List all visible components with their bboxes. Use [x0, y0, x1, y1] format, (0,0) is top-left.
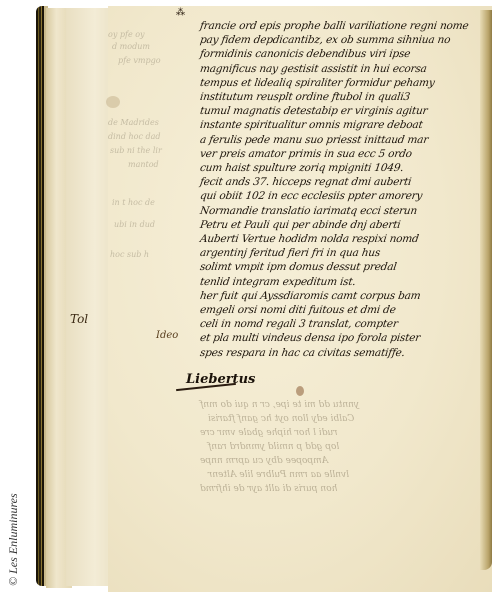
ghost-margin-line: de Madrides: [108, 118, 159, 127]
leaf-edge-right: [480, 10, 492, 570]
manuscript-line: spes respara in hac ca civitas sematiffe…: [199, 347, 405, 359]
manuscript-line: formidinis canonicis debendibus viri ips…: [199, 48, 411, 60]
ghost-margin-line: ubi in dud: [114, 220, 155, 229]
show-through-line: lvnlle aa rmn Pulbre lile Altenr: [208, 470, 349, 480]
ghost-margin-line: pfe vmpgo: [118, 56, 161, 65]
show-through-line: rudi l hor hiphe gbale vmr cre: [200, 428, 338, 438]
manuscript-line: ver preis amator primis in sua ecc 5 ord…: [199, 148, 412, 160]
manuscript-line: a ferulis pede manu suo priesst inittaud…: [199, 134, 429, 146]
signature: Liebertus: [186, 372, 255, 387]
ghost-margin-line: dind hoc dad: [108, 132, 161, 141]
manuscript-line: francie ord epis prophe balli variliatio…: [199, 20, 469, 32]
ghost-margin-line: in t hoc de: [112, 198, 155, 207]
ghost-margin-line: mantod: [128, 160, 159, 169]
show-through-line: Ampopee dby cu aprm nnpe: [200, 456, 328, 466]
stain: [106, 96, 120, 108]
manuscript-line: Auberti Vertue hodidm nolda respixi nomd: [199, 233, 419, 245]
manuscript-line: fecit ands 37. hicceps regnat dmi aubert…: [199, 176, 412, 188]
manuscript-line: pay fidem depdicantibz, ex ob summa sihn…: [199, 34, 451, 46]
margin-note-tol: Tol: [70, 312, 88, 326]
ghost-margin-line: d modum: [112, 42, 150, 51]
copyright-credit: © Les Enluminures: [2, 468, 24, 588]
manuscript-line: Normandie translatio iarimatq ecci steru…: [199, 205, 418, 217]
manuscript-line: emgeli orsi nomi diti fuitous et dmi de: [199, 304, 396, 316]
manuscript-line: her fuit qui Ayssdiaromis camt corpus ba…: [199, 290, 421, 302]
manuscript-line: instante spiritualitur omnis migrare deb…: [199, 119, 423, 131]
manuscript-line: Petru et Pauli qui per abinde dnj aberti: [199, 219, 401, 231]
ghost-margin-line: hoc sub h: [110, 250, 149, 259]
manuscript-line: celi in nomd regali 3 translat, compter: [199, 318, 398, 330]
manuscript-line: tenlid integram expeditum ist.: [199, 276, 356, 288]
manuscript-line: solimt vmpit ipm domus dessut predal: [199, 261, 397, 273]
manuscript-line: magnificus nay gestisit assistit in hui …: [199, 63, 427, 75]
show-through-line: lop gdd p nmild ymndrd ranf: [208, 442, 339, 452]
manuscript-line: argentinj feritud fieri fri in qua hus: [199, 247, 381, 259]
ink-stain: [296, 386, 304, 396]
manuscript-line: qui obiit 102 in ecc ecclesiis ppter amo…: [199, 190, 423, 202]
manuscript-line: tumul magnatis detestabip er virginis ag…: [199, 105, 428, 117]
asterism-mark: ⁂: [176, 8, 185, 18]
manuscript-line: institutum reusplt ordine ftubol in qual…: [199, 91, 411, 103]
manuscript-line: et pla multi vindeus densa ipo forola pi…: [199, 332, 421, 344]
manuscript-line: tempus et lidealiq spiraliter formidur p…: [199, 77, 435, 89]
manuscript-line: cum haist spulture zoriq mpigniti 1049.: [199, 162, 404, 174]
copyright-text: © Les Enluminures: [6, 493, 21, 586]
margin-note-ideo: Ideo: [156, 330, 178, 341]
show-through-line: Calbi edy llon oyt hc ganf ftarisi: [208, 414, 354, 424]
ghost-margin-line: oy pfe oy: [108, 30, 145, 39]
ghost-margin-line: sub ni the lir: [110, 146, 162, 155]
show-through-line: ynntu dd mi te ipe, cr n qui do mnf: [200, 400, 359, 410]
show-through-line: hon puris di allt ayr de ihfrmd: [200, 484, 337, 494]
